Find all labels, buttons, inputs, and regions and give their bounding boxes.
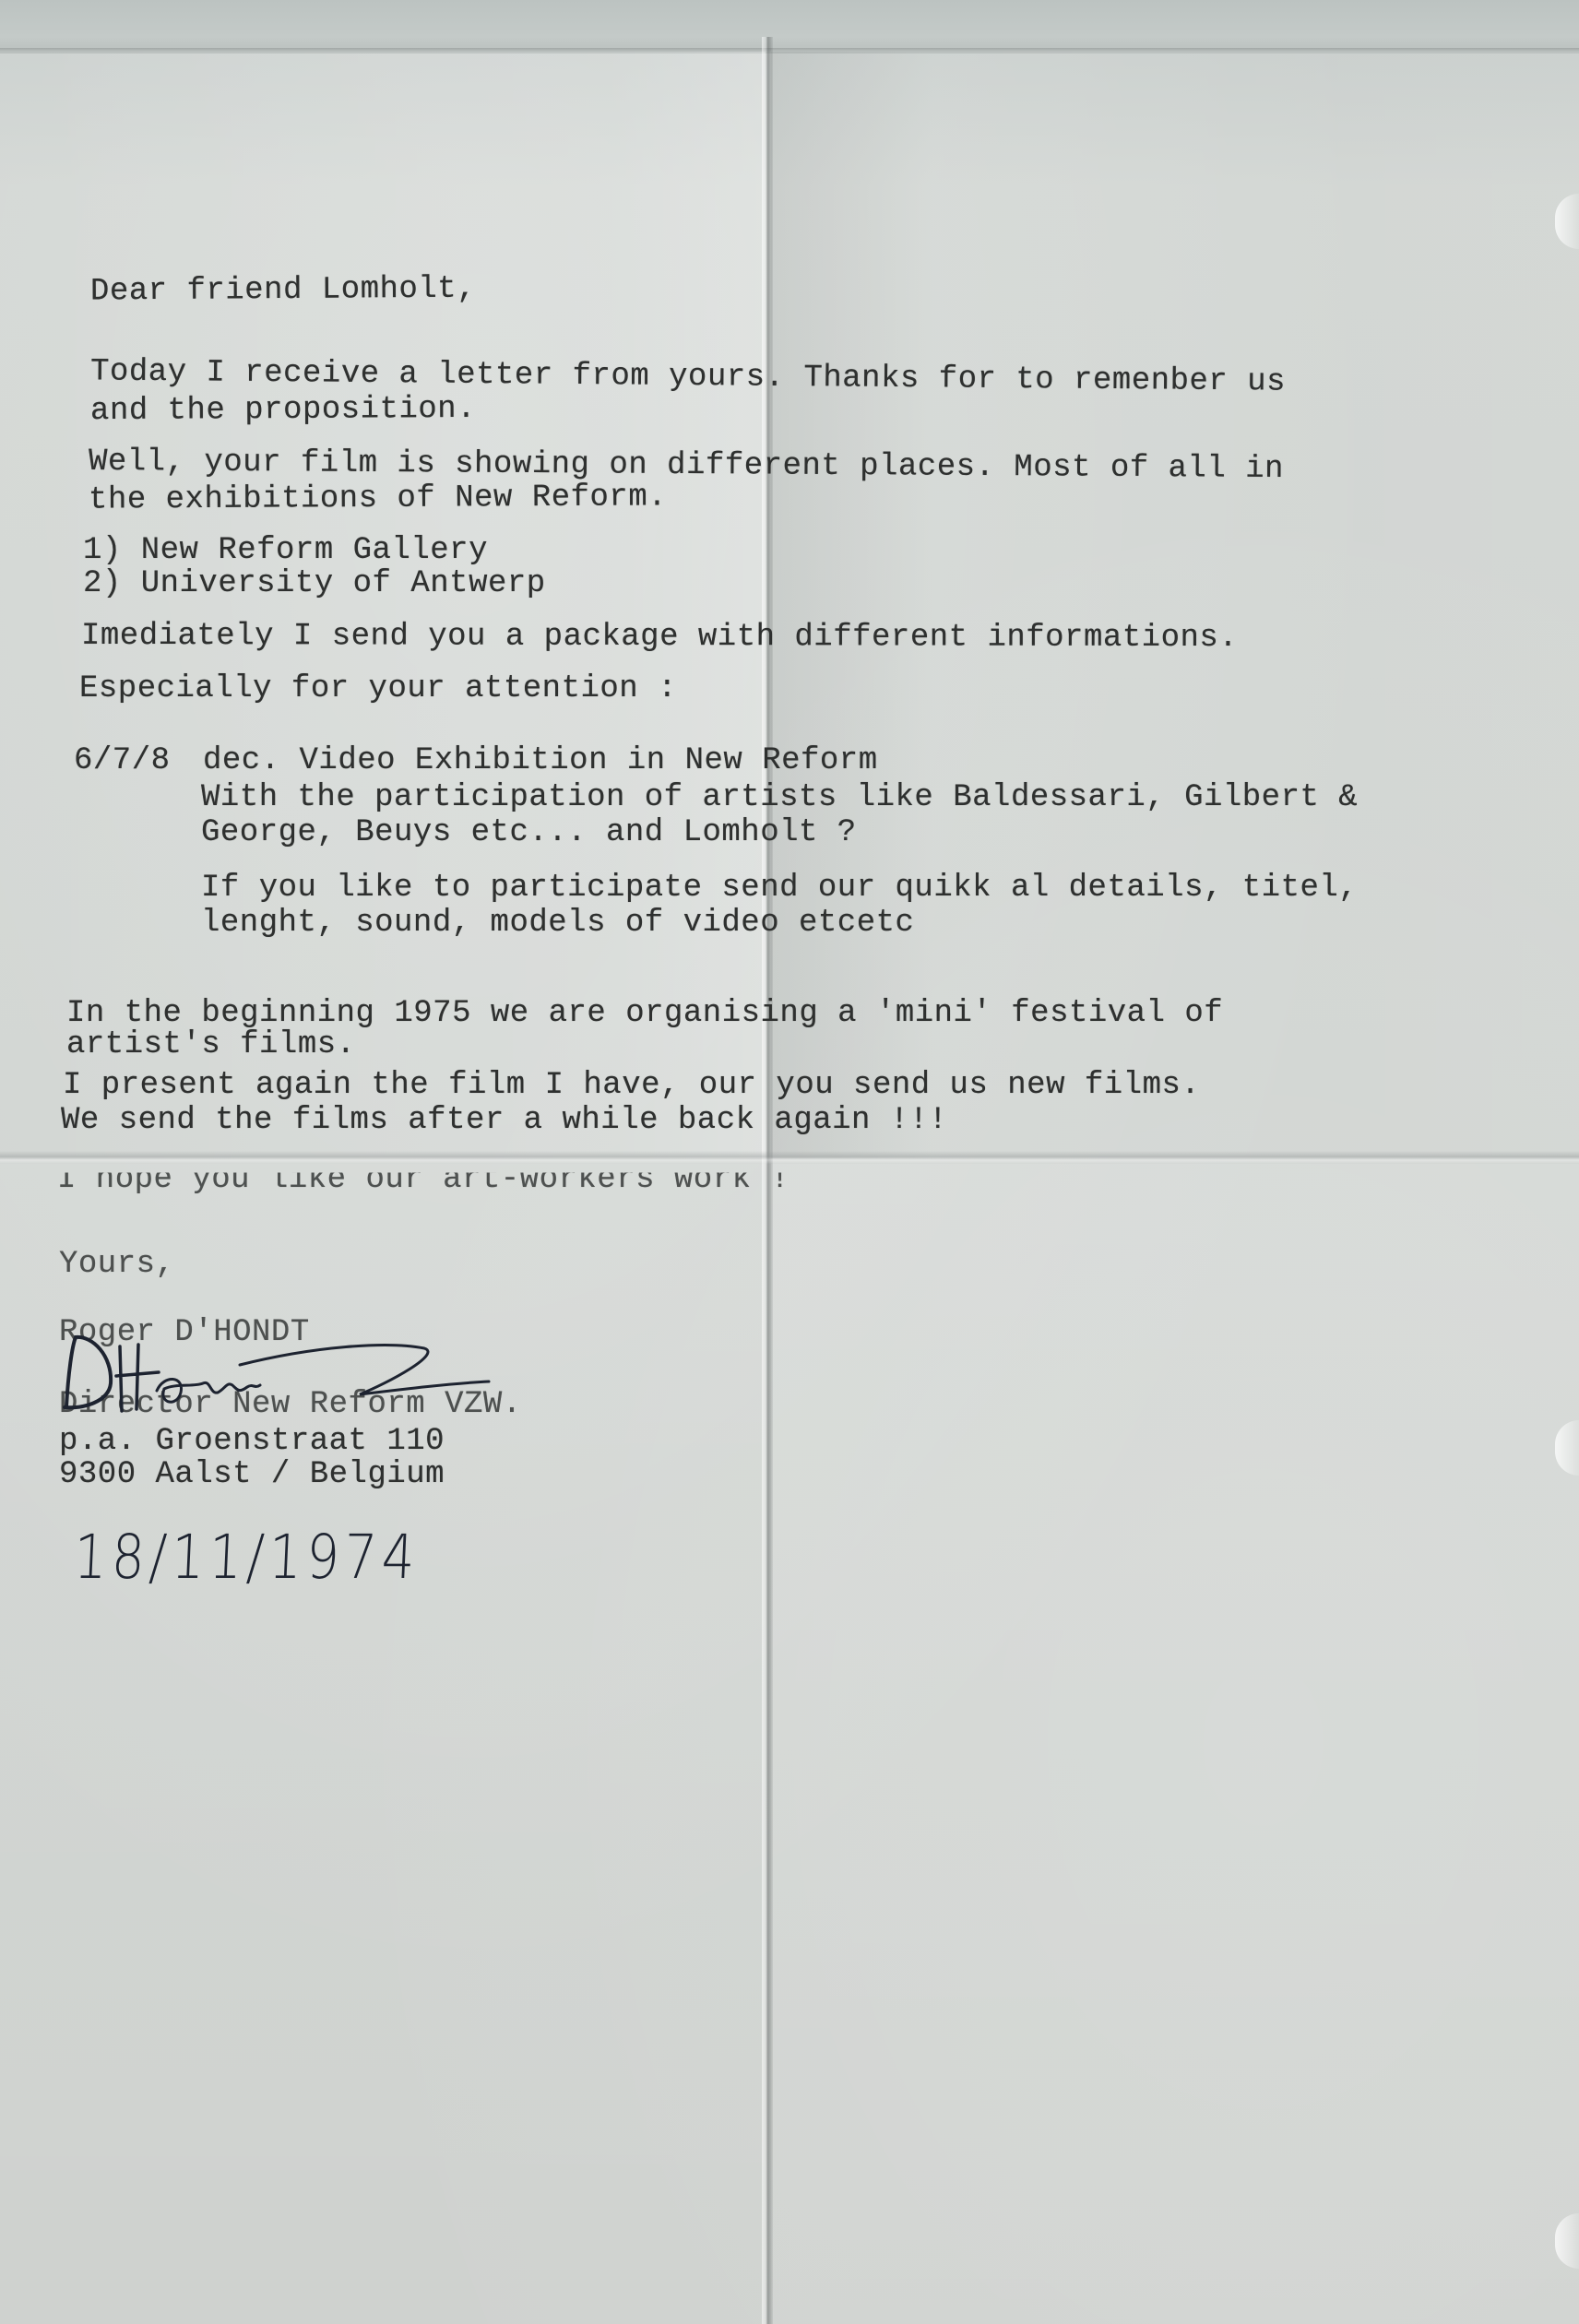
attention-line: Especially for your attention : <box>79 673 677 705</box>
event-detail-line: With the participation of artists like B… <box>201 782 1358 813</box>
festival-line: artist's films. <box>66 1029 356 1061</box>
venue-item: 2) University of Antwerp <box>83 568 546 599</box>
paragraph-line: Today I receive a letter from yours. Tha… <box>90 356 1286 397</box>
festival-line: In the beginning 1975 we are organising … <box>66 998 1223 1029</box>
address-line: 9300 Aalst / Belgium <box>59 1459 445 1490</box>
event-request-line: If you like to participate send our quik… <box>201 872 1358 904</box>
paragraph-line: the exhibitions of New Reform. <box>89 481 667 516</box>
paragraph-line: and the proposition. <box>90 394 476 427</box>
event-detail-line: George, Beuys etc... and Lomholt ? <box>201 817 857 848</box>
salutation: Dear friend Lomholt, <box>90 274 476 308</box>
venue-item: 1) New Reform Gallery <box>83 535 488 566</box>
handwritten-signature <box>55 1319 535 1420</box>
package-line: Imediately I send you a package with dif… <box>81 621 1238 654</box>
event-request-line: lenght, sound, models of video etcetc <box>201 907 914 939</box>
festival-line: We send the films after a while back aga… <box>61 1105 948 1136</box>
event-title: dec. Video Exhibition in New Reform <box>203 745 878 777</box>
handwritten-date: 18/11/1974 <box>73 1522 421 1593</box>
event-date: 6/7/8 <box>74 745 171 777</box>
address-line: p.a. Groenstraat 110 <box>59 1426 445 1457</box>
festival-line: I present again the film I have, our you… <box>63 1070 1200 1101</box>
closing: Yours, <box>59 1249 174 1280</box>
paragraph-line: Well, your film is showing on different … <box>89 446 1284 485</box>
letter-text: Dear friend Lomholt, Today I receive a l… <box>0 0 1579 2324</box>
closing-wish: I hope you like our art-workers work ! <box>57 1164 789 1195</box>
